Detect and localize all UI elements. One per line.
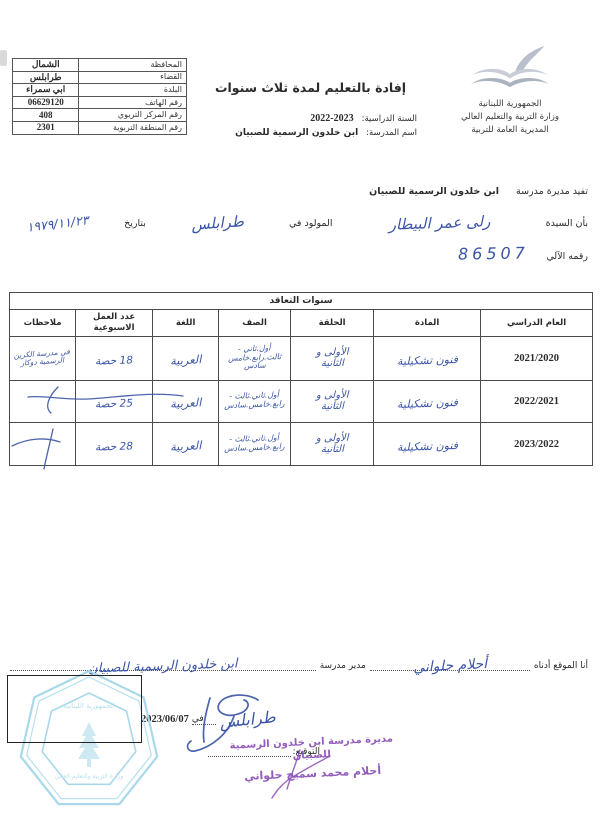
phone-label: رقم الهاتف (79, 96, 187, 109)
center-number-label: رقم المركز التربوي (79, 109, 187, 122)
table-header-row: العام الدراسي المادة الحلقة الصف اللغة ع… (10, 310, 593, 337)
table-row: 2021/2020 فنون تشكيلية الأولى و الثانية … (10, 337, 593, 381)
center-number-value: 408 (13, 109, 79, 122)
statement-line-2: بأن السيدة رلى عمر البيطار المولود في طر… (10, 214, 588, 232)
district-value: طرابلس (13, 71, 79, 84)
handwritten-birthplace: طرابلس (164, 210, 270, 235)
in-label: في (192, 714, 216, 725)
handwritten-auto-number: 86507 (458, 243, 529, 263)
handwritten-subject: فنون تشكيلية (396, 397, 457, 411)
town-value: ابي سمراء (13, 84, 79, 97)
handwritten-cycle: الأولى و الثانية (316, 390, 349, 413)
cell-notes (10, 381, 76, 423)
ministry-logo-icon (467, 44, 553, 96)
cell-notes: في مدرسة الكرين الرسمية دوكار (10, 337, 76, 381)
handwritten-weekly-load: 25 حصة (95, 398, 133, 411)
seal-bottom-text: وزارة التربية والتعليم العالي (55, 773, 124, 780)
cell-grade: أول.ثاني - ثالث.رابع.خامس سادس (219, 337, 291, 381)
zone-number-value: 2301 (13, 121, 79, 134)
table-row: المحافظة الشمال (13, 59, 187, 72)
cell-cycle: الأولى و الثانية (291, 423, 374, 466)
col-cycle: الحلقة (291, 310, 374, 337)
handwritten-language: العربية (170, 439, 202, 453)
contract-years-header: سنوات التعاقد (10, 293, 593, 310)
signer-name-field: أحلام حلواني (370, 655, 530, 671)
zone-number-label: رقم المنطقة التربوية (79, 121, 187, 134)
cell-grade: أول.ثاني.ثالث - رابع.خامس.سادس (219, 381, 291, 423)
cell-year: 2023/2022 (481, 423, 593, 466)
declaration-prefix: أنا الموقع أدناه (534, 661, 588, 671)
table-span-header-row: سنوات التعاقد (10, 293, 593, 310)
col-weekly-load: عدد العمل الاسبوعية (76, 310, 153, 337)
auto-number-label: رقمه الآلي (546, 251, 588, 262)
cell-weekly: 18 حصة (76, 337, 153, 381)
governorate-label: المحافظة (79, 59, 187, 72)
cell-cycle: الأولى و الثانية (291, 381, 374, 423)
handwritten-language: العربية (170, 353, 202, 367)
cell-year: 2022/2021 (481, 381, 593, 423)
handwritten-cycle: الأولى و الثانية (316, 432, 349, 455)
cell-language: العربية (153, 337, 219, 381)
certify-school-name: ابن خلدون الرسمية للصبيان (369, 186, 499, 197)
cell-weekly: 25 حصة (76, 381, 153, 423)
page-title: إفادة بالتعليم لمدة ثلاث سنوات (193, 80, 428, 95)
school-name-value: ابن خلدون الرسمية للصبيان (235, 128, 358, 138)
cell-notes (10, 423, 76, 466)
director-stamp: مديرة مدرسة ابن خلدون الرسمية للصبيان أح… (187, 732, 437, 787)
handwritten-grades: أول.ثاني - ثالث.رابع.خامس سادس (228, 344, 282, 372)
school-year-block: السنة الدراسية:2023-2022 اسم المدرسة:ابن… (205, 111, 417, 140)
table-row: رقم المنطقة التربوية 2301 (13, 121, 187, 134)
ministry-line: وزارة التربية والتعليم العالي (428, 111, 592, 124)
table-row: 2023/2022 فنون تشكيلية الأولى و الثانية … (10, 423, 593, 466)
cell-year: 2021/2020 (481, 337, 593, 381)
directorate-line: المديرية العامة للتربية (428, 124, 592, 137)
district-label: القضاء (79, 71, 187, 84)
handwritten-notes: في مدرسة الكرين الرسمية دوكار (14, 348, 71, 368)
town-label: البلدة (79, 84, 187, 97)
handwritten-grades: أول.ثاني.ثالث - رابع.خامس.سادس (224, 434, 285, 453)
cell-language: العربية (153, 381, 219, 423)
school-name-line: اسم المدرسة:ابن خلدون الرسمية للصبيان (205, 127, 417, 141)
statement-line-1: تفيد مديرة مدرسة ابن خلدون الرسمية للصبي… (10, 186, 588, 197)
born-in-label: المولود في (289, 218, 332, 229)
table-row: البلدة ابي سمراء (13, 84, 187, 97)
table-row: 2022/2021 فنون تشكيلية الأولى و الثانية … (10, 381, 593, 423)
lady-label: بأن السيدة (546, 218, 588, 229)
certify-prefix: تفيد مديرة مدرسة (516, 186, 588, 197)
cell-subject: فنون تشكيلية (374, 423, 481, 466)
handwritten-place: طرابلس (218, 707, 276, 732)
governorate-value: الشمال (13, 59, 79, 72)
school-year-label: السنة الدراسية: (362, 114, 417, 124)
col-grade: الصف (219, 310, 291, 337)
ministry-header: الجمهورية اللبنانية وزارة التربية والتعل… (428, 44, 592, 137)
handwritten-cycle: الأولى و الثانية (316, 347, 349, 370)
republic-line: الجمهورية اللبنانية (428, 98, 592, 111)
handwritten-language: العربية (170, 396, 202, 410)
scan-artifact (0, 50, 7, 66)
birth-date-label: بتاريخ (124, 218, 146, 229)
contract-years-table: سنوات التعاقد العام الدراسي المادة الحلق… (9, 292, 593, 466)
declaration-middle: مدير مدرسة (320, 661, 366, 671)
table-row: رقم المركز التربوي 408 (13, 109, 187, 122)
handwritten-grades: أول.ثاني.ثالث - رابع.خامس.سادس (224, 391, 285, 410)
handwritten-lady-name: رلى عمر البيطار (351, 211, 527, 235)
cell-weekly: 28 حصة (76, 423, 153, 466)
admin-info-table: المحافظة الشمال القضاء طرابلس البلدة ابي… (12, 58, 187, 135)
certificate-document: المحافظة الشمال القضاء طرابلس البلدة ابي… (0, 0, 600, 825)
col-notes: ملاحظات (10, 310, 76, 337)
photo-box (7, 675, 142, 743)
table-row: رقم الهاتف 06629120 (13, 96, 187, 109)
handwritten-weekly-load: 18 حصة (95, 355, 133, 368)
phone-value: 06629120 (13, 96, 79, 109)
handwritten-birthdate: ١٩٧٩/١١/٢٣ (9, 210, 105, 236)
certification-statement: تفيد مديرة مدرسة ابن خلدون الرسمية للصبي… (10, 186, 588, 263)
statement-line-3: رقمه الآلي 86507 (10, 244, 588, 263)
cell-language: العربية (153, 423, 219, 466)
school-name-label: اسم المدرسة: (366, 128, 417, 138)
col-language: اللغة (153, 310, 219, 337)
school-year-line: السنة الدراسية:2023-2022 (205, 111, 417, 127)
school-year-value: 2023-2022 (310, 113, 353, 124)
cell-subject: فنون تشكيلية (374, 381, 481, 423)
col-subject: المادة (374, 310, 481, 337)
cell-grade: أول.ثاني.ثالث - رابع.خامس.سادس (219, 423, 291, 466)
table-row: القضاء طرابلس (13, 71, 187, 84)
handwritten-subject: فنون تشكيلية (396, 439, 457, 453)
cell-cycle: الأولى و الثانية (291, 337, 374, 381)
handwritten-signer-name: أحلام حلواني (413, 656, 488, 676)
col-school-year: العام الدراسي (481, 310, 593, 337)
cell-subject: فنون تشكيلية (374, 337, 481, 381)
handwritten-subject: فنون تشكيلية (396, 354, 457, 368)
handwritten-weekly-load: 28 حصة (95, 441, 133, 454)
